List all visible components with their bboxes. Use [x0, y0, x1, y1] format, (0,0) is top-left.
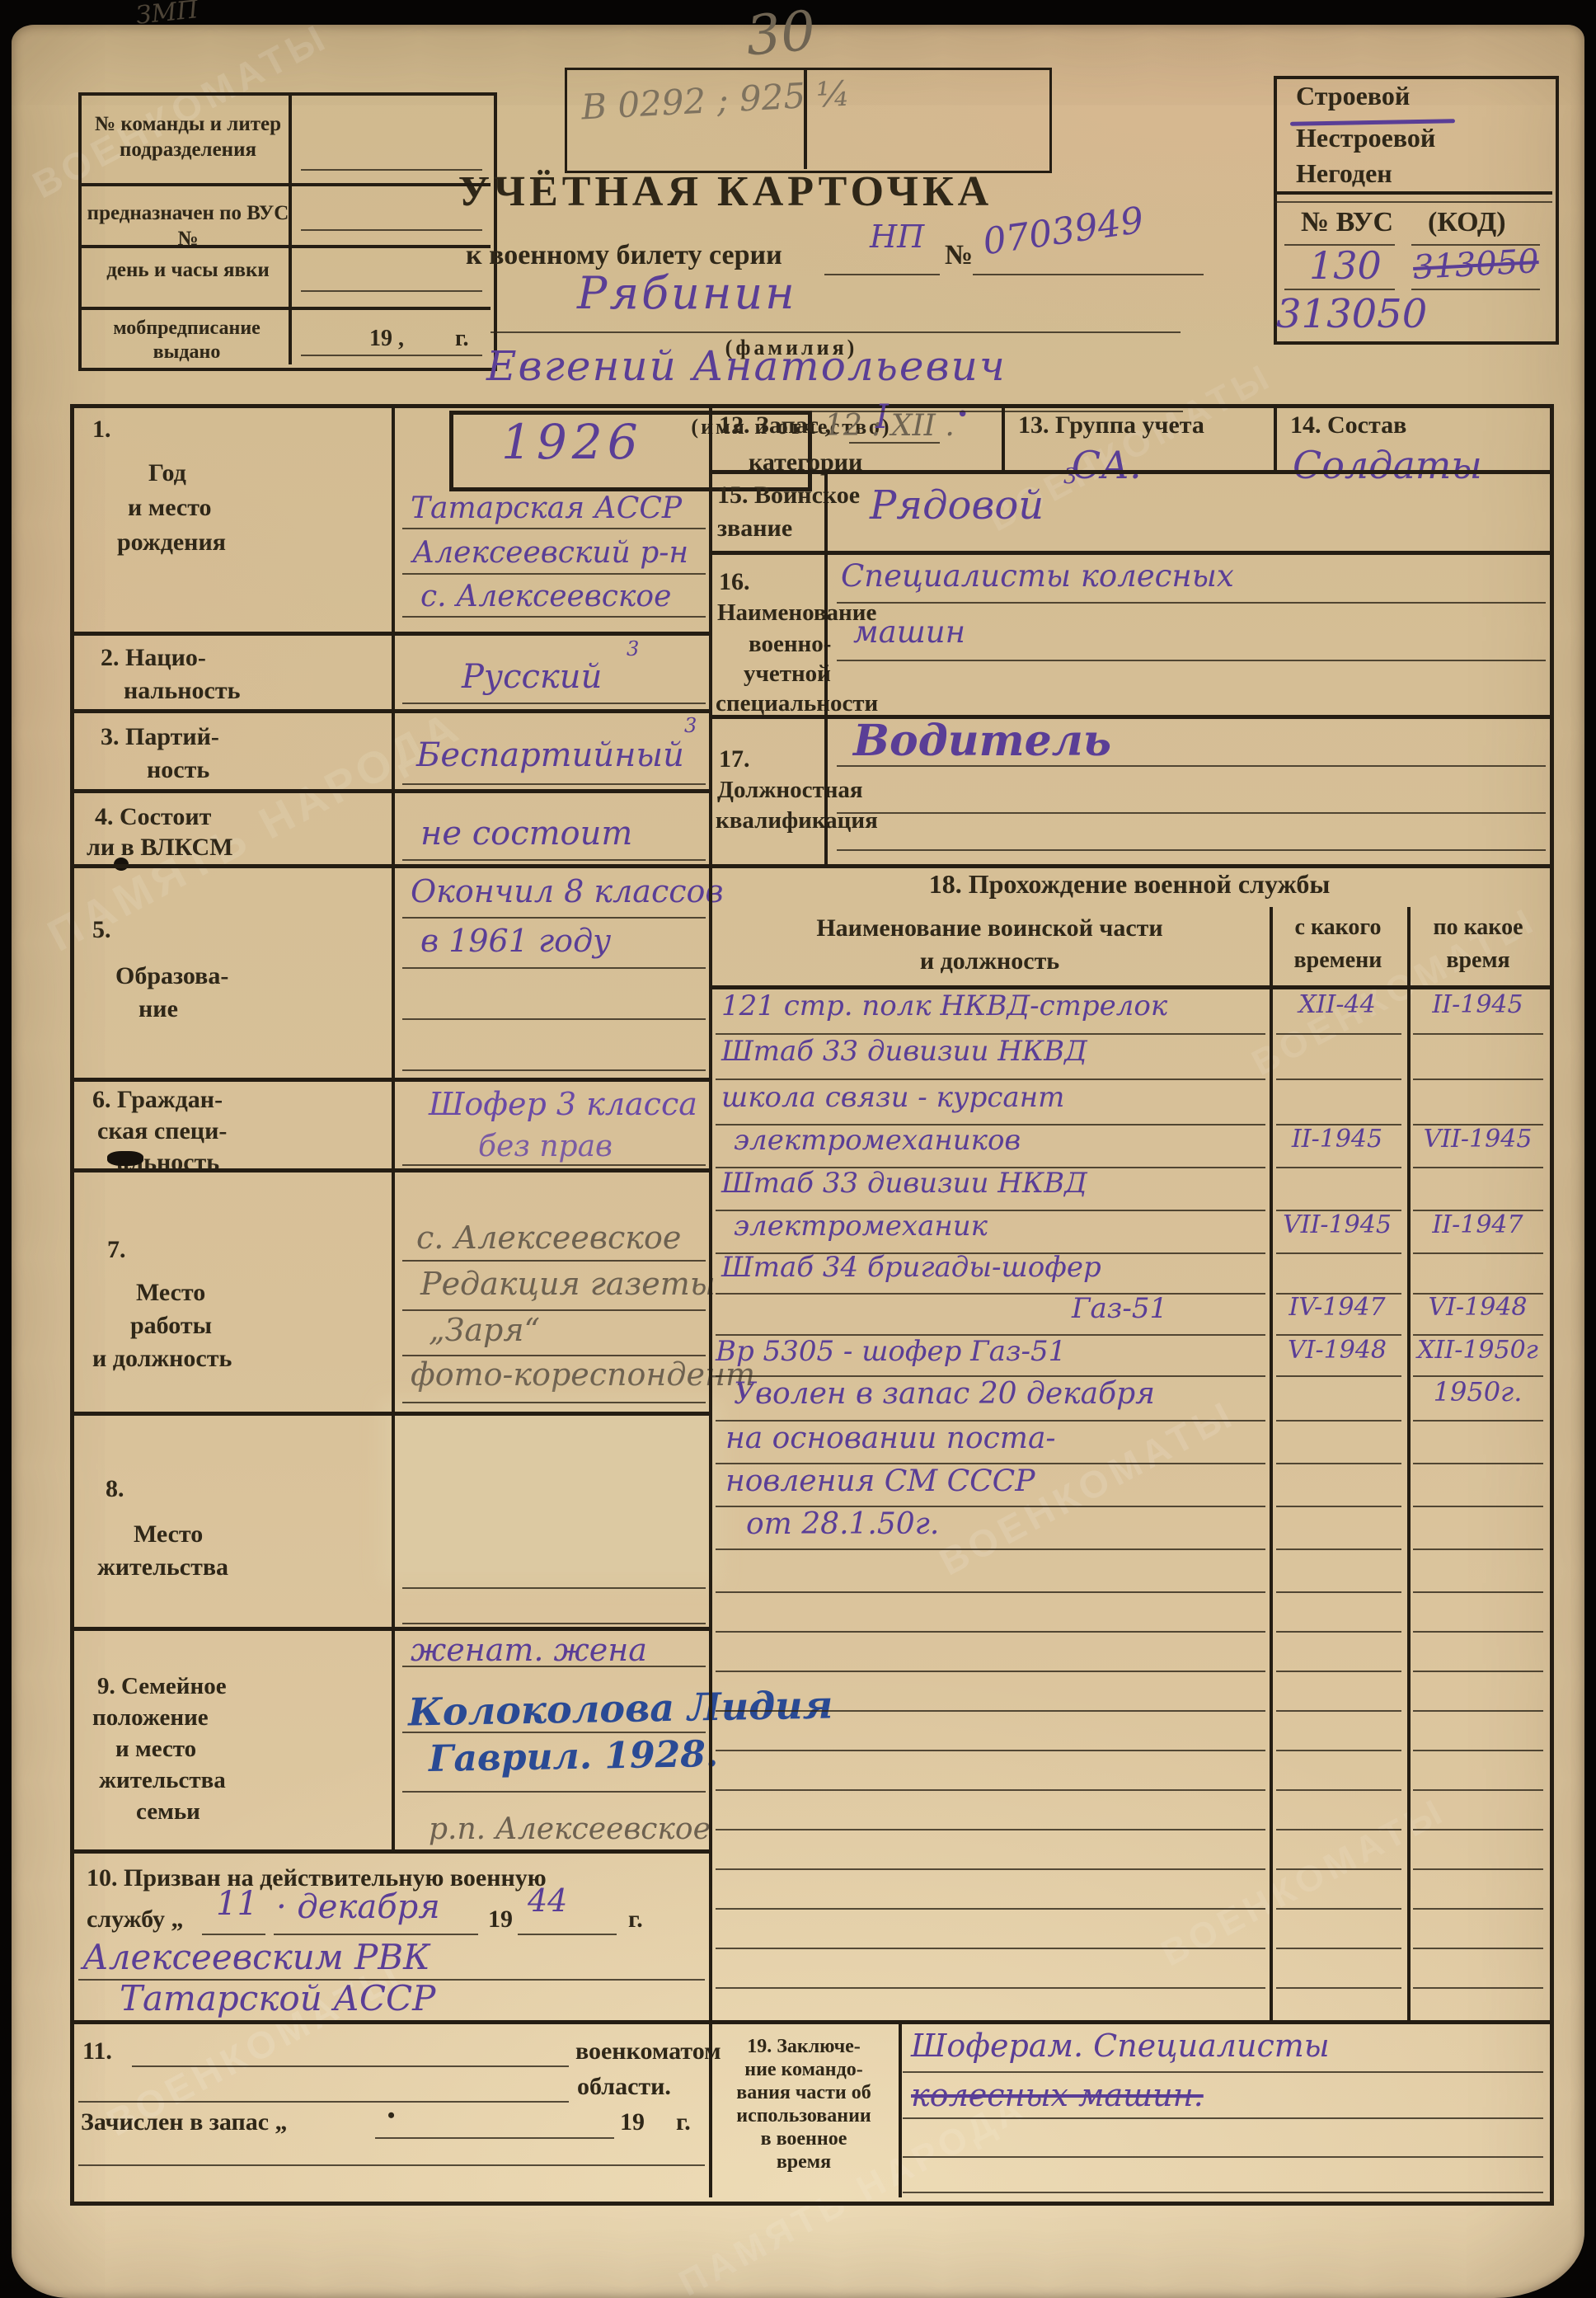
service-row-name: Штаб 33 дивизии НКВД — [721, 1169, 1087, 1199]
rule-line — [1276, 1420, 1401, 1422]
dispatch-row-4-label: мобпредписание выдано — [82, 317, 291, 364]
mil-specialty-line1: Специалисты колесных — [841, 561, 1234, 593]
rule-line — [375, 2137, 614, 2139]
rule-line — [1276, 1124, 1401, 1126]
service-section-title: 18. Прохождение военной службы — [725, 871, 1533, 899]
rule-line — [716, 1334, 1265, 1336]
rule-line — [1413, 1868, 1543, 1870]
service-row-name: Штаб 33 дивизии НКВД — [721, 1037, 1087, 1067]
rule-line — [402, 528, 706, 529]
service-row-name: электромехаников — [734, 1126, 1021, 1156]
rule-line — [716, 1671, 1265, 1672]
table-border — [70, 1078, 709, 1082]
table-border — [804, 70, 807, 169]
rule-line — [491, 331, 1181, 333]
rule-line — [402, 1069, 706, 1071]
field8-label: Место — [134, 1521, 203, 1548]
rule-line — [274, 1934, 478, 1935]
field9-label: жительства — [99, 1768, 226, 1793]
service-col3-header: время — [1409, 948, 1547, 972]
rule-line — [402, 1587, 706, 1589]
service-row-name: электромеханик — [734, 1212, 988, 1242]
field3-label: 3. Партий- — [101, 724, 219, 750]
rule-line — [1413, 1506, 1543, 1507]
field19-label: 19. Заключе- — [713, 2037, 894, 2057]
table-border — [78, 183, 491, 186]
field19-label: ние командо- — [713, 2060, 894, 2080]
field5-label: ние — [138, 996, 178, 1022]
spouse-birth-line: Гаврил. 1928. — [429, 1736, 719, 1779]
rule-line — [837, 765, 1546, 767]
field4-label: 4. Состоит — [95, 804, 211, 830]
rule-line — [1276, 1789, 1401, 1791]
field12-label: 12. Запас , — [719, 412, 831, 439]
rule-line — [1276, 1829, 1401, 1830]
rule-line — [1413, 1420, 1543, 1422]
rule-line — [402, 1164, 706, 1166]
mil-specialty-line2: машин — [853, 617, 965, 649]
rule-line — [1276, 1463, 1401, 1464]
vlksm-value: не состоит — [420, 816, 632, 851]
table-border — [709, 470, 1550, 474]
rule-line — [1413, 1789, 1543, 1791]
rule-line — [1276, 1079, 1401, 1080]
field11-label2: области. — [577, 2074, 671, 2100]
wartime-use-line2: колесных машин. — [911, 2079, 1204, 2112]
draft-assr-line: Татарской АССР — [120, 1981, 435, 2017]
field6-label: 6. Граждан- — [92, 1087, 223, 1113]
redacted-area — [394, 1413, 707, 1572]
field3-label: ность — [147, 757, 209, 783]
rule-line — [1276, 1750, 1401, 1751]
wartime-use-line1: Шоферам. Специалисты — [911, 2030, 1330, 2063]
rule-line — [716, 1789, 1265, 1791]
dispatch-year: 19 , — [369, 327, 404, 350]
birth-place-line3: с. Алексеевское — [420, 581, 671, 613]
draft-year-suffix: г. — [628, 1906, 643, 1933]
table-border — [70, 864, 1550, 868]
service-row-name: Штаб 34 бригады-шофер — [721, 1253, 1101, 1283]
rule-line — [402, 1791, 706, 1793]
table-border — [1002, 404, 1005, 470]
rule-line — [78, 2101, 569, 2103]
table-border — [1270, 907, 1273, 2020]
rule-line — [518, 1934, 617, 1935]
kod-value-crossed: 313050 — [1412, 244, 1540, 285]
rule-line — [1413, 1710, 1543, 1712]
field16-label: военно- — [749, 632, 831, 656]
rule-line — [78, 2164, 705, 2166]
service-row-name: Газ-51 — [1072, 1295, 1167, 1324]
education-line1: Окончил 8 классов — [411, 876, 724, 909]
rule-line — [402, 1018, 706, 1020]
field1-label: и место — [128, 495, 212, 521]
service-row-from: II-1945 — [1271, 1126, 1403, 1153]
rule-line — [1413, 1167, 1543, 1168]
rule-line — [716, 1210, 1265, 1211]
dispatch-year-suffix: г. — [455, 327, 469, 350]
rule-line — [973, 274, 1204, 275]
rule-line — [716, 1293, 1265, 1295]
field7-label: Место — [136, 1280, 205, 1306]
field2-label: нальность — [124, 678, 240, 704]
rule-line — [716, 1079, 1265, 1080]
field15-label2: звание — [717, 515, 792, 542]
rule-line — [1413, 1252, 1543, 1254]
rule-line — [716, 1124, 1265, 1126]
scanned-military-record-card: ВОЕНКОМАТЫ ПАМЯТЬ НАРОДА ВОЕНКОМАТЫ ВОЕН… — [0, 0, 1596, 2298]
field19-label: время — [713, 2152, 894, 2173]
rule-line — [1413, 1671, 1543, 1672]
rule-line — [1284, 244, 1395, 246]
rule-line — [1284, 289, 1395, 290]
reserve-category-mark: • — [956, 404, 969, 426]
ink-smudge — [107, 1151, 143, 1166]
rule-line — [824, 274, 940, 275]
rule-line — [402, 1309, 706, 1311]
table-border — [78, 245, 491, 248]
field16-label: учетной — [744, 661, 831, 686]
service-row-to: 1950г. — [1410, 1379, 1546, 1407]
spouse-name-line: Колоколова Лидия — [408, 1685, 833, 1732]
qualification-value: Водитель — [853, 719, 1111, 764]
kod-header: (КОД) — [1428, 208, 1506, 237]
field19-label: использовании — [713, 2106, 894, 2126]
rule-line — [1413, 1750, 1543, 1751]
field19-label: в военное — [713, 2129, 894, 2150]
table-border — [70, 1168, 709, 1172]
rule-line — [402, 917, 706, 919]
rule-line — [402, 1732, 706, 1733]
draft-year-printed: 19 — [488, 1906, 513, 1933]
service-col2-header: с какого — [1271, 915, 1405, 939]
rule-line — [1411, 244, 1540, 246]
rank-value: Рядовой — [870, 485, 1044, 526]
fitness-option-negoden: Негоден — [1296, 160, 1392, 188]
dispatch-row-3-label: день и часы явки — [85, 257, 291, 283]
rule-line — [1413, 1631, 1543, 1633]
table-border — [392, 404, 395, 1849]
draft-rvk-line: Алексеевским РВК — [82, 1939, 430, 1976]
rule-line — [1413, 1033, 1543, 1035]
nationality-sup: 3 — [627, 639, 639, 660]
service-row-to: II-1947 — [1410, 1212, 1546, 1238]
rule-line — [1276, 1948, 1401, 1949]
composition-value: Солдаты — [1293, 445, 1482, 485]
rule-line — [716, 1948, 1265, 1949]
field17-label: Должностная — [717, 778, 863, 802]
service-col3-header: по какое — [1409, 915, 1547, 939]
rule-line — [1413, 1548, 1543, 1550]
rule-line — [402, 573, 706, 575]
rule-line — [402, 859, 706, 861]
rule-line — [903, 2117, 1543, 2119]
page-title: УЧЁТНАЯ КАРТОЧКА — [458, 170, 993, 215]
rule-line — [301, 290, 482, 292]
service-col1-header: и должность — [716, 948, 1264, 975]
field1-label: Год — [148, 460, 186, 486]
rule-line — [402, 967, 706, 969]
rule-line — [716, 1987, 1265, 1989]
vus-value: 130 — [1309, 246, 1382, 285]
fitness-option-stroevoy: Строевой — [1296, 82, 1410, 110]
field11-year: 19 — [620, 2109, 645, 2136]
rule-line — [1274, 201, 1552, 203]
rule-line — [1276, 1506, 1401, 1507]
field11-label3: Зачислен в запас „ — [81, 2109, 288, 2136]
rule-line — [460, 411, 1183, 412]
family-residence-line: р.п. Алексеевское — [429, 1814, 711, 1845]
rule-line — [1276, 1033, 1401, 1035]
rule-line — [1276, 1710, 1401, 1712]
rule-line — [1413, 1987, 1543, 1989]
rule-line — [1411, 289, 1540, 290]
table-border — [1274, 191, 1552, 195]
civil-specialty-line1: Шофер 3 класса — [429, 1088, 697, 1121]
birth-place-line1: Татарская АССР — [411, 493, 682, 524]
birth-place-line2: Алексеевский р-н — [412, 538, 688, 569]
service-col1-header: Наименование воинской части — [716, 915, 1264, 942]
rule-line — [1413, 1079, 1543, 1080]
work-place-line3: „Заря“ — [429, 1314, 540, 1347]
rule-line — [716, 1506, 1265, 1507]
field9-label: и место — [115, 1736, 196, 1761]
field17-number: 17. — [719, 746, 750, 773]
rule-line — [1276, 1631, 1401, 1633]
rule-line — [402, 1666, 706, 1667]
rule-line — [1276, 1908, 1401, 1910]
field6-label: ская специ- — [97, 1118, 227, 1144]
rule-line — [1276, 1671, 1401, 1672]
account-group-value: СА. — [1072, 445, 1142, 485]
table-border — [1274, 404, 1277, 470]
field10-label: 10. Призван на действительную военную — [87, 1865, 547, 1892]
family-status-line: женат. жена — [411, 1634, 647, 1667]
work-place-line2: Редакция газеты — [420, 1268, 716, 1301]
rule-line — [1276, 1334, 1401, 1336]
pencil-corner-note: ЗМП — [135, 0, 199, 29]
rule-line — [903, 2071, 1543, 2073]
rule-line — [1276, 1591, 1401, 1593]
rule-line — [402, 1402, 706, 1403]
rule-line — [716, 1252, 1265, 1254]
fitness-option-nestroevoy: Нестроевой — [1296, 125, 1435, 153]
field15-label: 15. Воинское — [717, 482, 860, 509]
field11-number: 11. — [82, 2038, 112, 2065]
field14-label: 14. Состав — [1290, 412, 1406, 439]
rule-line — [1413, 1908, 1543, 1910]
table-border — [824, 470, 828, 864]
service-row-from: VI-1948 — [1271, 1337, 1403, 1364]
education-line2: в 1961 году — [420, 925, 611, 958]
table-border — [70, 709, 709, 713]
rule-line — [837, 849, 1546, 851]
draft-day: 11 — [216, 1887, 258, 1921]
field9-label: положение — [92, 1705, 209, 1730]
vus-value-corrected: 313050 — [1276, 294, 1427, 335]
field5-number: 5. — [92, 917, 111, 943]
rule-line — [716, 1631, 1265, 1633]
rule-line — [1413, 1334, 1543, 1336]
pencil-reg-date: 12 : XII . — [824, 411, 955, 442]
table-border — [709, 715, 1550, 719]
service-row-to: XII-1950г — [1410, 1337, 1546, 1364]
table-border — [78, 307, 491, 310]
field7-label: работы — [130, 1313, 212, 1339]
rule-line — [716, 1591, 1265, 1593]
work-place-line4: фото-кореспондент — [411, 1359, 755, 1392]
rule-line — [1413, 1293, 1543, 1295]
rule-line — [301, 169, 482, 171]
nationality-value: Русский — [462, 660, 602, 694]
rule-line — [1276, 1868, 1401, 1870]
table-border — [70, 2020, 1550, 2024]
table-border — [709, 404, 712, 2197]
service-row-name: на основании поста- — [725, 1423, 1056, 1454]
rule-line — [716, 1463, 1265, 1464]
party-sup: 3 — [684, 716, 697, 736]
rule-line — [1413, 1210, 1543, 1211]
field9-label: семьи — [136, 1799, 200, 1824]
rule-line — [1413, 1463, 1543, 1464]
rule-line — [301, 229, 482, 231]
field19-label: вания части об — [713, 2083, 894, 2103]
service-row-to: VII-1945 — [1410, 1126, 1546, 1153]
rule-line — [1276, 1167, 1401, 1168]
service-row-name: Уволен в запас 20 декабря — [734, 1379, 1155, 1410]
rule-line — [716, 1710, 1265, 1712]
field4-label: ли в ВЛКСМ — [87, 834, 233, 861]
field1-number: 1. — [92, 416, 111, 443]
rule-line — [402, 1260, 706, 1262]
service-col2-header: времени — [1271, 948, 1405, 972]
draft-year-hand: 44 — [528, 1885, 567, 1918]
field16-label: специальности — [716, 691, 878, 716]
table-border — [70, 1849, 709, 1854]
rule-line — [716, 1167, 1265, 1168]
table-border — [70, 632, 709, 636]
field16-number: 16. — [719, 569, 750, 595]
table-border — [899, 2020, 902, 2197]
field8-label: жительства — [97, 1554, 228, 1581]
rule-line — [1413, 1948, 1543, 1949]
rule-line — [716, 1829, 1265, 1830]
table-border — [70, 1627, 709, 1631]
rule-line — [402, 1623, 706, 1624]
service-row-from: IV-1947 — [1271, 1295, 1403, 1321]
party-value: Беспартийный — [416, 738, 684, 773]
rule-line — [716, 1548, 1265, 1550]
series-value: НП — [870, 221, 924, 254]
birth-year-value: 1926 — [501, 417, 643, 468]
serial-prefix: к военному билету серии — [466, 241, 782, 270]
field8-number: 8. — [106, 1476, 124, 1502]
rule-line — [903, 2192, 1543, 2193]
service-row-name: Вр 5305 - шофер Газ-51 — [716, 1337, 1066, 1367]
rule-line — [402, 783, 706, 785]
service-row-name: школа связи - курсант — [721, 1083, 1064, 1113]
rule-line — [78, 1979, 705, 1981]
service-row-from: XII-44 — [1271, 992, 1403, 1018]
draft-month: · декабря — [276, 1890, 440, 1924]
field10-label2: службу „ — [87, 1906, 183, 1933]
rule-line — [402, 616, 706, 618]
field7-label: и должность — [92, 1346, 232, 1372]
table-border — [709, 551, 1550, 555]
service-row-to: II-1945 — [1410, 992, 1546, 1018]
work-place-line1: с. Алексеевское — [416, 1222, 681, 1255]
rule-line — [202, 1934, 265, 1935]
number-sign: № — [945, 241, 973, 270]
rule-line — [1276, 1293, 1401, 1295]
table-border — [709, 985, 1550, 989]
field5-label: Образова- — [115, 963, 228, 989]
reserve-category-value: I — [875, 400, 889, 435]
rule-line — [402, 703, 706, 704]
rule-line — [1413, 1591, 1543, 1593]
civil-specialty-line2: без прав — [478, 1131, 613, 1163]
field1-label: рождения — [117, 529, 226, 556]
rule-line — [301, 355, 482, 356]
surname-value: Рябинин — [577, 270, 797, 317]
field2-label: 2. Нацио- — [101, 645, 206, 671]
rule-line — [132, 2065, 569, 2067]
vus-header: № ВУС — [1301, 208, 1393, 237]
table-border — [1407, 907, 1411, 2020]
dispatch-row-1-label: № команды и литер подразделения — [85, 111, 291, 163]
pencil-page-number: 30 — [744, 2, 818, 64]
field7-number: 7. — [107, 1237, 126, 1263]
table-border — [289, 92, 292, 364]
rule-line — [716, 1868, 1265, 1870]
service-row-name: от 28.1.50г. — [746, 1509, 939, 1540]
rule-line — [1276, 1210, 1401, 1211]
table-border — [70, 1412, 709, 1416]
rule-line — [716, 1750, 1265, 1751]
rule-line — [1413, 1375, 1543, 1377]
rule-line — [1276, 1252, 1401, 1254]
field9-label: 9. Семейное — [97, 1674, 227, 1699]
rule-line — [402, 1355, 706, 1356]
rule-line — [716, 1033, 1265, 1035]
field13-label: 13. Группа учета — [1018, 412, 1204, 439]
rule-line — [1413, 1829, 1543, 1830]
rule-line — [716, 1420, 1265, 1422]
rule-line — [716, 1908, 1265, 1910]
rule-line — [1276, 1375, 1401, 1377]
rule-line — [1413, 1124, 1543, 1126]
service-row-to: VI-1948 — [1410, 1295, 1546, 1321]
rule-line — [837, 812, 1546, 814]
field11-year-suffix: г. — [676, 2109, 691, 2136]
service-row-name: новления СМ СССР — [725, 1466, 1035, 1497]
service-row-from: VII-1945 — [1271, 1212, 1403, 1238]
rule-line — [837, 660, 1546, 661]
rule-line — [837, 602, 1546, 604]
rule-line — [1276, 1548, 1401, 1550]
rule-line — [849, 442, 940, 444]
rule-line — [903, 2156, 1543, 2158]
field11-dot: • — [387, 2104, 395, 2126]
field11-label1: военкоматом — [575, 2038, 721, 2065]
table-border — [70, 789, 709, 793]
name-value: Евгений Анатольевич — [486, 345, 1007, 388]
rule-line — [1276, 1987, 1401, 1989]
service-row-name: 121 стр. полк НКВД-стрелок — [721, 992, 1167, 1022]
